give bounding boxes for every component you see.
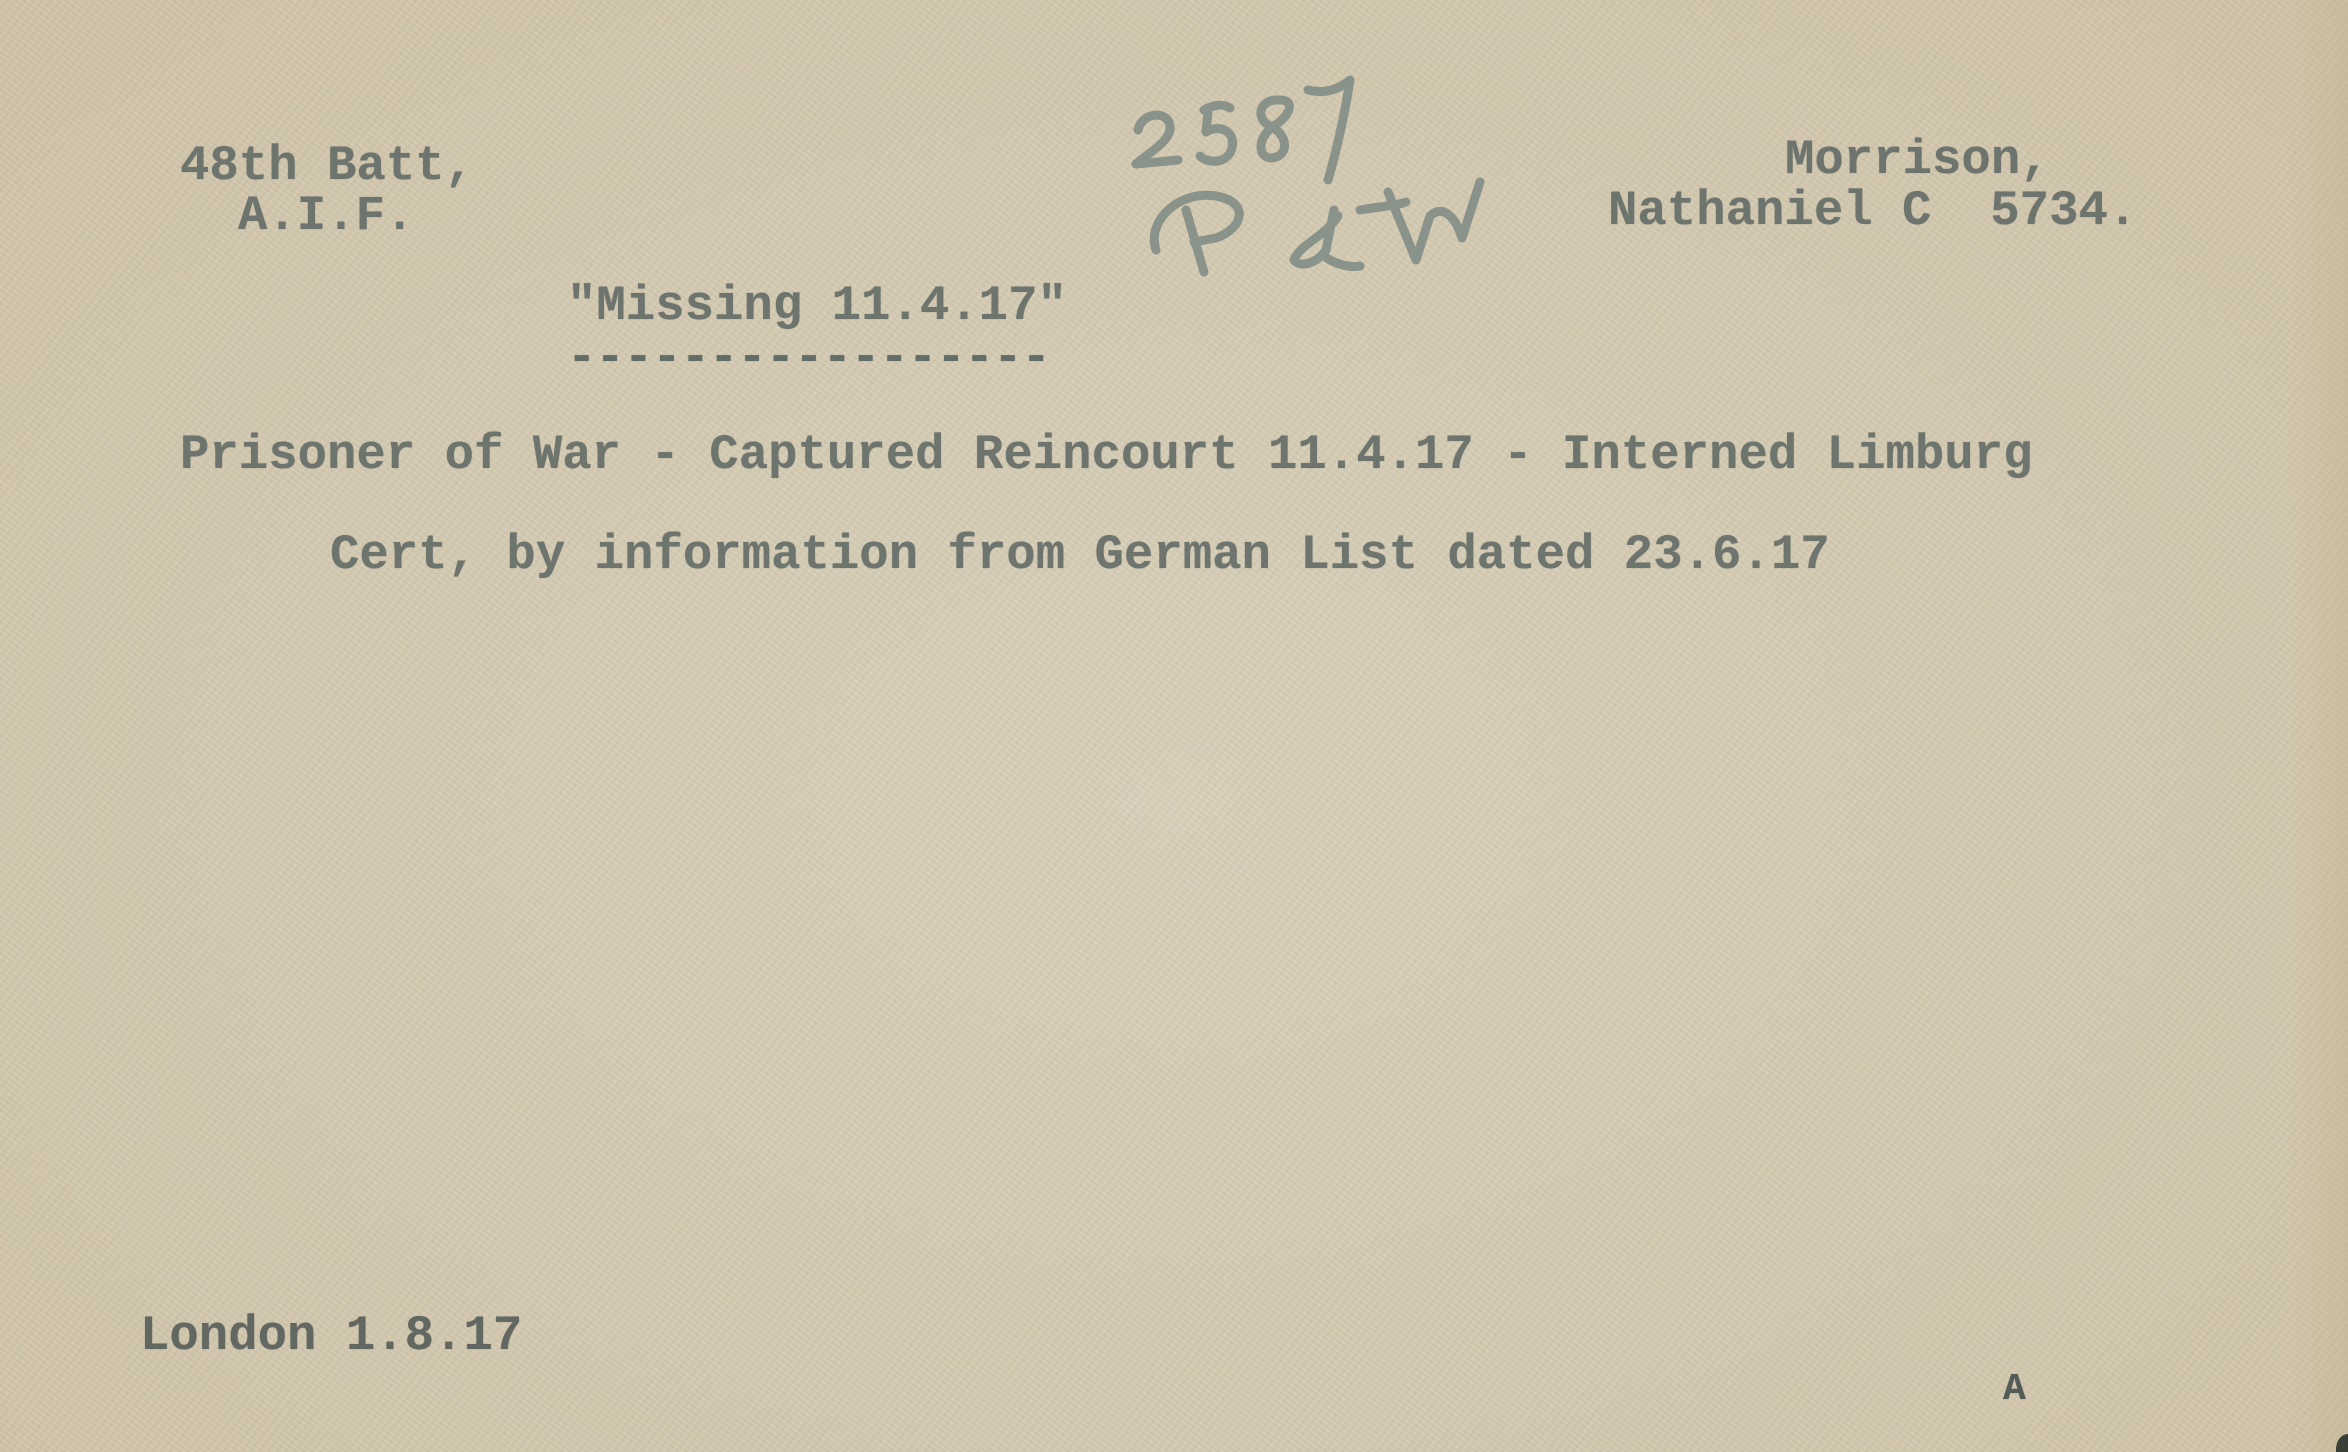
unit-force: A.I.F. [238,188,414,244]
status-underline: ----------------- [567,330,1050,386]
body-line-capture: Prisoner of War - Captured Reincourt 11.… [180,427,2033,483]
pencil-digit-7 [1308,80,1350,180]
body-line-certification: Cert, by information from German List da… [330,527,1830,583]
pencil-digit-2 [1136,115,1178,164]
pencil-digit-8 [1261,100,1290,158]
handwritten-annotation: 2587 [1120,60,1520,280]
unit-battalion: 48th Batt, [180,138,474,194]
pencil-letter-W [1360,182,1480,260]
pencil-letter-P [1154,195,1239,272]
file-letter: A [2003,1368,2026,1411]
soldier-surname: Morrison, [1785,132,2050,188]
pencil-letter-of [1294,210,1360,267]
pencil-digit-5 [1200,105,1233,161]
status-heading: "Missing 11.4.17" [567,278,1067,334]
paper-edge-shadow [2288,0,2348,1452]
footer-place-date: London 1.8.17 [140,1308,522,1364]
soldier-given-name-and-number: Nathaniel C 5734. [1608,183,2137,239]
